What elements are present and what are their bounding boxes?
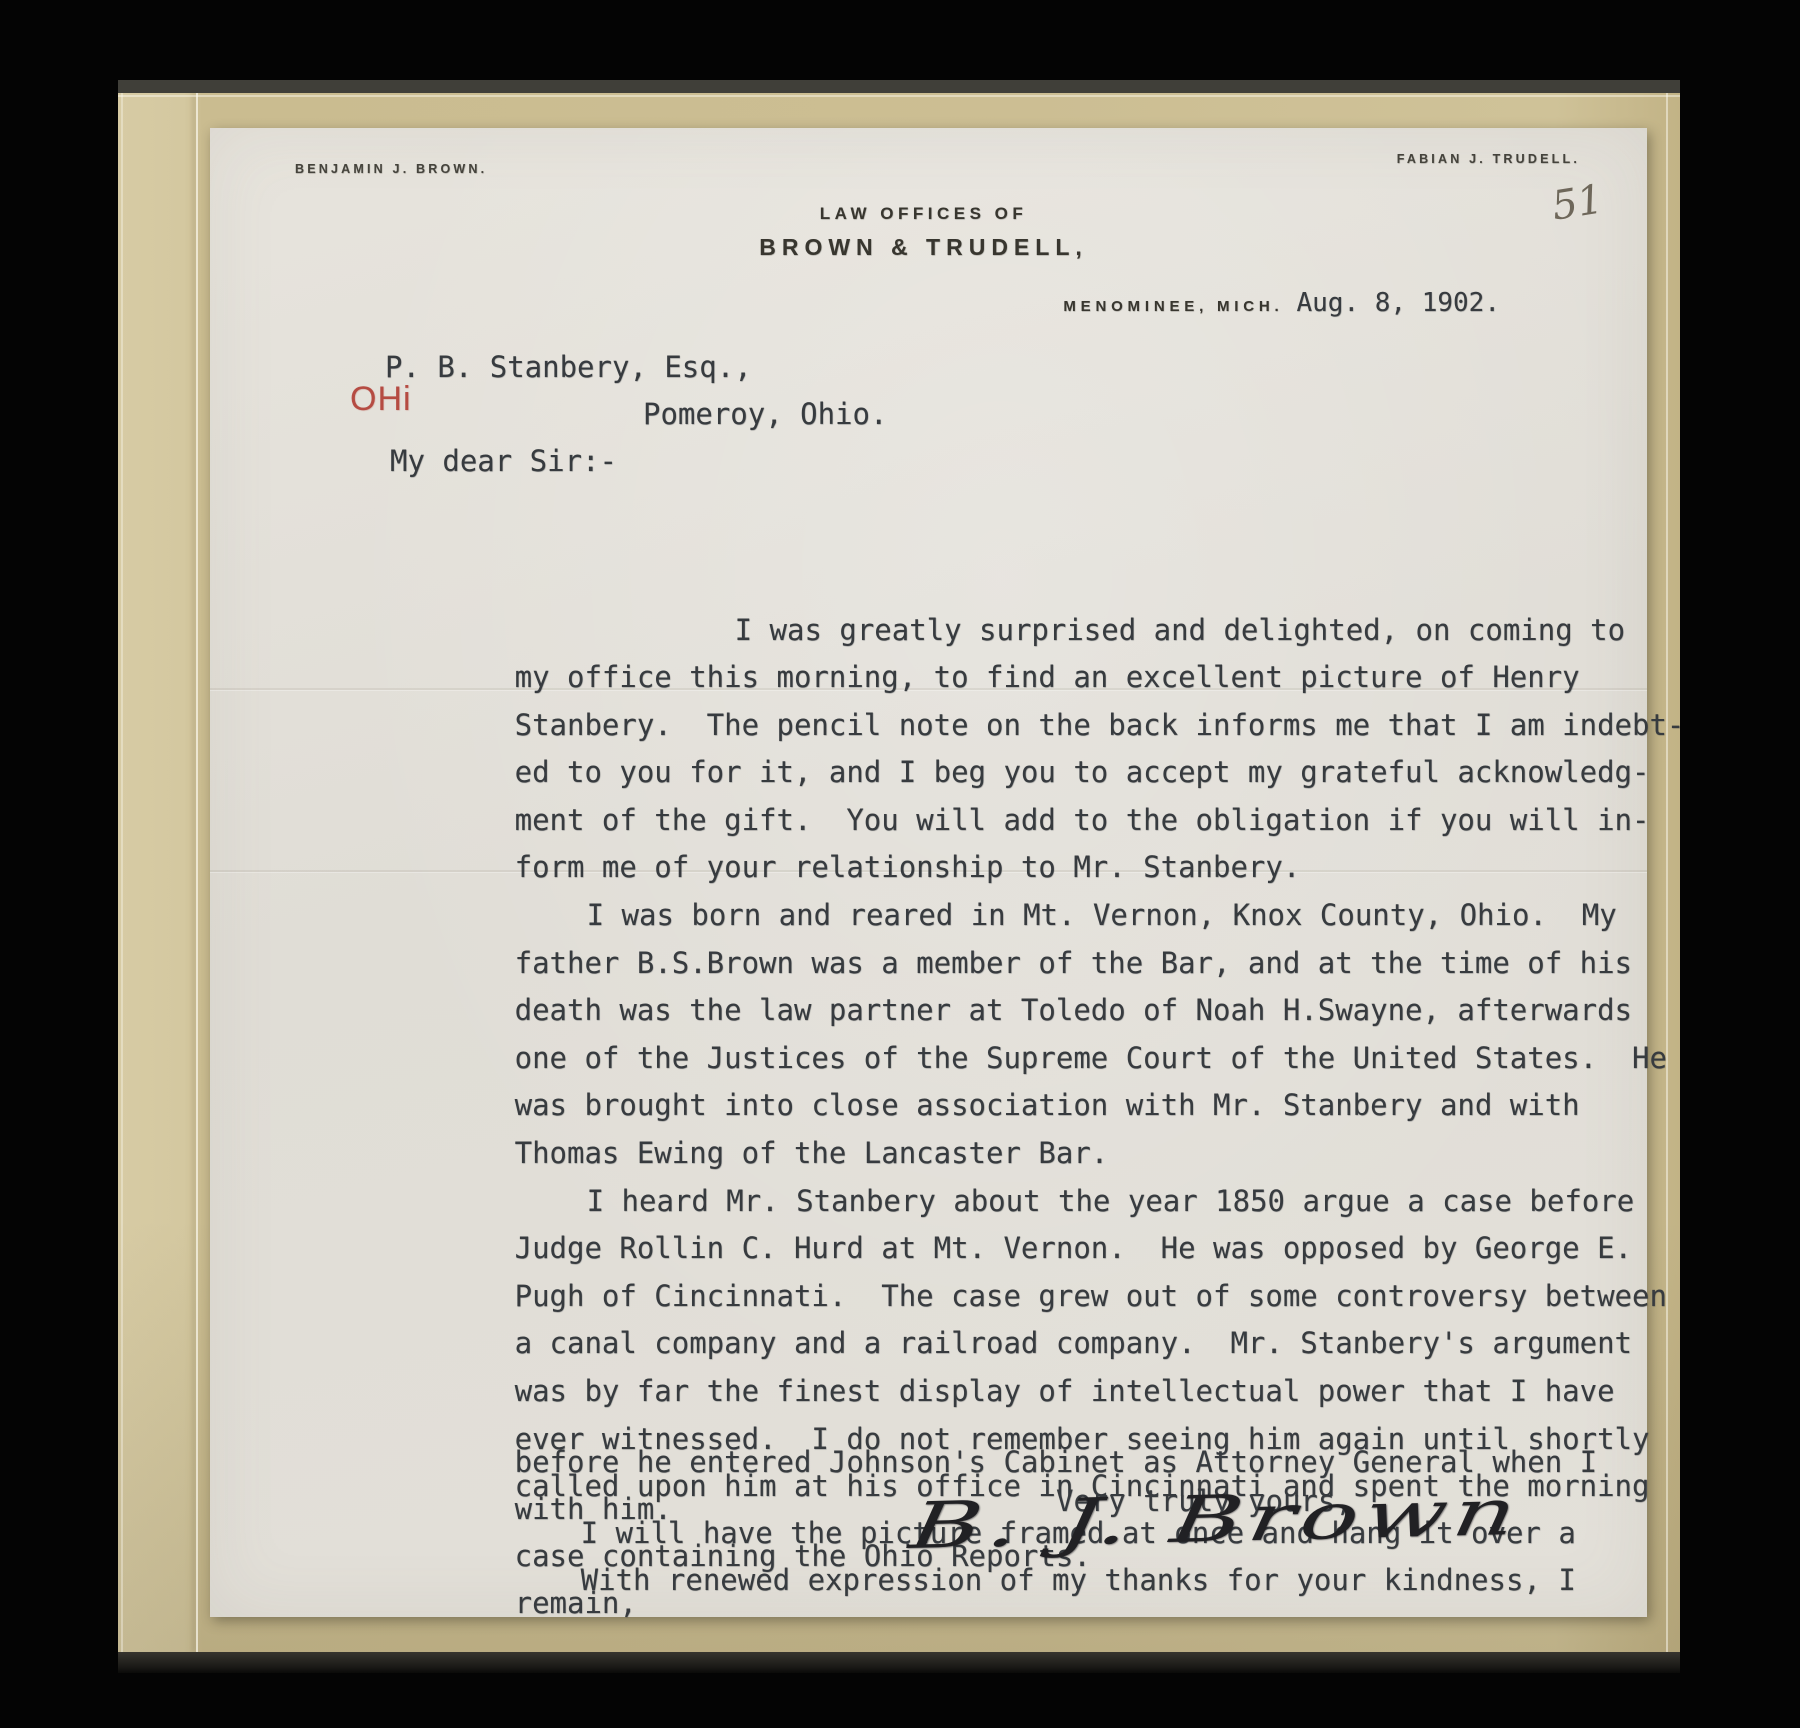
letter-line: was brought into close association with … <box>340 1071 1580 1119</box>
sleeve-edge-left <box>121 93 123 1652</box>
letter-line-text: ed to you for it, and I beg you to accep… <box>515 755 1650 789</box>
letter-line-text: With renewed expression of my thanks for… <box>581 1563 1576 1597</box>
letter-body: I was greatly surprised and delighted, o… <box>340 493 1580 1592</box>
letter-line-text: Pugh of Cincinnati. The case grew out of… <box>515 1279 1667 1313</box>
letter-line: Thomas Ewing of the Lancaster Bar. <box>340 1119 1580 1167</box>
letter-line-text: ment of the gift. You will add to the ob… <box>515 803 1650 837</box>
letter-line-text: remain, <box>515 1586 637 1620</box>
letter-line: I was greatly surprised and delighted, o… <box>340 595 1580 643</box>
letter-line-text: Judge Rollin C. Hurd at Mt. Vernon. He w… <box>515 1231 1632 1265</box>
recipient-name: P. B. Stanbery, Esq., <box>385 350 752 384</box>
letter-line-text: form me of your relationship to Mr. Stan… <box>515 850 1301 884</box>
letterhead-partner-right: FABIAN J. TRUDELL. <box>1397 152 1580 166</box>
salutation: My dear Sir:- <box>390 444 617 478</box>
letterhead-partner-left: BENJAMIN J. BROWN. <box>295 162 487 176</box>
letter-line-text: I was greatly surprised and delighted, o… <box>735 613 1625 647</box>
letter-line: Pugh of Cincinnati. The case grew out of… <box>340 1261 1580 1309</box>
letter-line-text: a canal company and a railroad company. … <box>515 1326 1632 1360</box>
letterhead-office-block: LAW OFFICES OF BROWN & TRUDELL, <box>210 204 1637 261</box>
letter-line: ment of the gift. You will add to the ob… <box>340 785 1580 833</box>
letter-line: my office this morning, to find an excel… <box>340 643 1580 691</box>
letter-line: Stanbery. The pencil note on the back in… <box>340 690 1580 738</box>
dateline-date: Aug. 8, 1902. <box>1297 288 1501 318</box>
letter-line-text: Stanbery. The pencil note on the back in… <box>515 708 1685 742</box>
letter-line-text: one of the Justices of the Supreme Court… <box>515 1041 1667 1075</box>
dateline: MENOMINEE, MICH. Aug. 8, 1902. <box>1063 288 1500 318</box>
letter-line: a canal company and a railroad company. … <box>340 1309 1580 1357</box>
letter-line: ed to you for it, and I beg you to accep… <box>340 738 1580 786</box>
letter-line-text: Thomas Ewing of the Lancaster Bar. <box>515 1136 1109 1170</box>
letter-line-text: father B.S.Brown was a member of the Bar… <box>515 946 1632 980</box>
letter-line: form me of your relationship to Mr. Stan… <box>340 833 1580 881</box>
dateline-place: MENOMINEE, MICH. <box>1063 298 1283 315</box>
letter-line-text: death was the law partner at Toledo of N… <box>515 993 1632 1027</box>
letter-line: death was the law partner at Toledo of N… <box>340 976 1580 1024</box>
letter-line-text: was brought into close association with … <box>515 1088 1580 1122</box>
letter-line-text: I was born and reared in Mt. Vernon, Kno… <box>587 898 1617 932</box>
letterhead-firm-name: BROWN & TRUDELL, <box>210 234 1637 261</box>
letter-line: was by far the finest display of intelle… <box>340 1357 1580 1405</box>
sleeve-bottom-edge <box>118 1652 1680 1673</box>
recipient-city: Pomeroy, Ohio. <box>643 397 887 431</box>
sleeve-crease-top <box>118 95 1680 97</box>
letter-line-text: was by far the finest display of intelle… <box>515 1374 1615 1408</box>
letter-line-text: my office this morning, to find an excel… <box>515 660 1580 694</box>
letter-line-text: I heard Mr. Stanbery about the year 1850… <box>587 1184 1635 1218</box>
letter-paper: BENJAMIN J. BROWN. FABIAN J. TRUDELL. 51… <box>210 128 1647 1617</box>
sleeve-crease-left <box>196 93 198 1652</box>
sleeve-crease-right <box>1666 93 1668 1652</box>
letterhead-office-line: LAW OFFICES OF <box>210 204 1637 224</box>
letter-line: one of the Justices of the Supreme Court… <box>340 1023 1580 1071</box>
photo-background: BENJAMIN J. BROWN. FABIAN J. TRUDELL. 51… <box>0 0 1800 1728</box>
archive-stamp: OHi <box>350 380 412 419</box>
letter-line: I was born and reared in Mt. Vernon, Kno… <box>340 881 1580 929</box>
signature: B. J. Brown <box>905 1476 1527 1564</box>
letter-line: I heard Mr. Stanbery about the year 1850… <box>340 1166 1580 1214</box>
